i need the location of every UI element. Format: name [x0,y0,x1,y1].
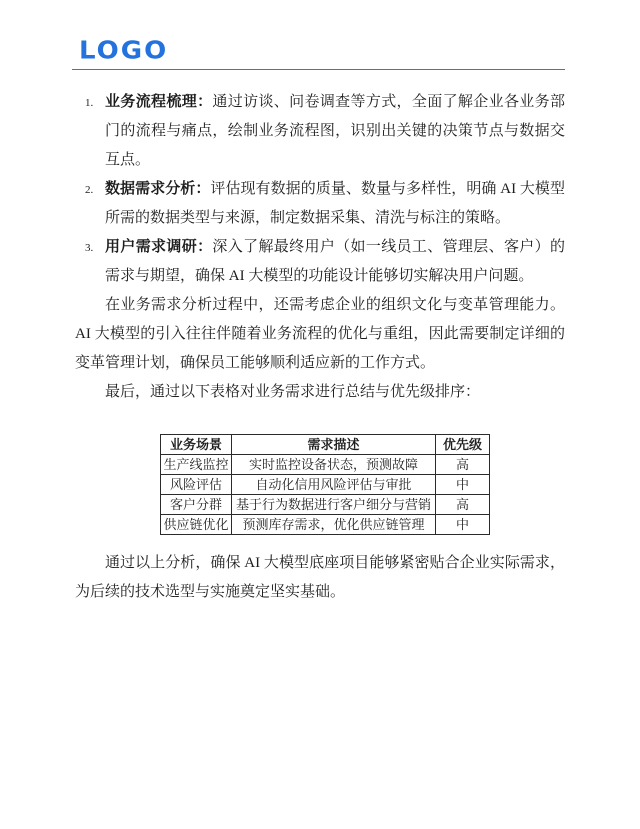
paragraph: 最后，通过以下表格对业务需求进行总结与优先级排序： [75,378,565,407]
requirements-table: 业务场景 需求描述 优先级 生产线监控 实时监控设备状态，预测故障 高 风险评估… [160,434,490,535]
paragraph: 通过以上分析，确保 AI 大模型底座项目能够紧密贴合企业实际需求，为后续的技术选… [75,549,565,607]
table-row: 风险评估 自动化信用风险评估与审批 中 [161,475,490,495]
document-body: 1. 业务流程梳理：通过访谈、问卷调查等方式，全面了解企业各业务部门的流程与痛点… [0,70,640,607]
table-row: 生产线监控 实时监控设备状态，预测故障 高 [161,455,490,475]
table-cell: 中 [436,515,490,535]
list-item-lead: 数据需求分析： [105,181,210,197]
table-row: 客户分群 基于行为数据进行客户细分与营销 高 [161,495,490,515]
table-cell: 高 [436,455,490,475]
table-cell: 预测库存需求，优化供应链管理 [232,515,436,535]
list-item-lead: 业务流程梳理： [105,94,212,110]
list-item: 1. 业务流程梳理：通过访谈、问卷调查等方式，全面了解企业各业务部门的流程与痛点… [105,88,565,175]
table-header-row: 业务场景 需求描述 优先级 [161,435,490,455]
numbered-list: 1. 业务流程梳理：通过访谈、问卷调查等方式，全面了解企业各业务部门的流程与痛点… [105,88,565,291]
page-header: LOGO [0,0,640,70]
table-header-cell: 需求描述 [232,435,436,455]
list-item: 3. 用户需求调研：深入了解最终用户（如一线员工、管理层、客户）的需求与期望，确… [105,233,565,291]
table-header-cell: 业务场景 [161,435,232,455]
document-page: LOGO 1. 业务流程梳理：通过访谈、问卷调查等方式，全面了解企业各业务部门的… [0,0,640,829]
table-cell: 基于行为数据进行客户细分与营销 [232,495,436,515]
list-item-number: 1. [85,93,93,113]
list-item-lead: 用户需求调研： [105,239,212,255]
table-cell: 中 [436,475,490,495]
table-cell: 风险评估 [161,475,232,495]
list-item-number: 3. [85,238,93,258]
table-header-cell: 优先级 [436,435,490,455]
list-item: 2. 数据需求分析：评估现有数据的质量、数量与多样性，明确 AI 大模型所需的数… [105,175,565,233]
table-cell: 客户分群 [161,495,232,515]
table-cell: 实时监控设备状态，预测故障 [232,455,436,475]
table-cell: 自动化信用风险评估与审批 [232,475,436,495]
paragraph: 在业务需求分析过程中，还需考虑企业的组织文化与变革管理能力。AI 大模型的引入往… [75,291,565,378]
table-cell: 供应链优化 [161,515,232,535]
table-cell: 生产线监控 [161,455,232,475]
table-row: 供应链优化 预测库存需求，优化供应链管理 中 [161,515,490,535]
table-cell: 高 [436,495,490,515]
logo: LOGO [79,39,168,64]
list-item-number: 2. [85,180,93,200]
